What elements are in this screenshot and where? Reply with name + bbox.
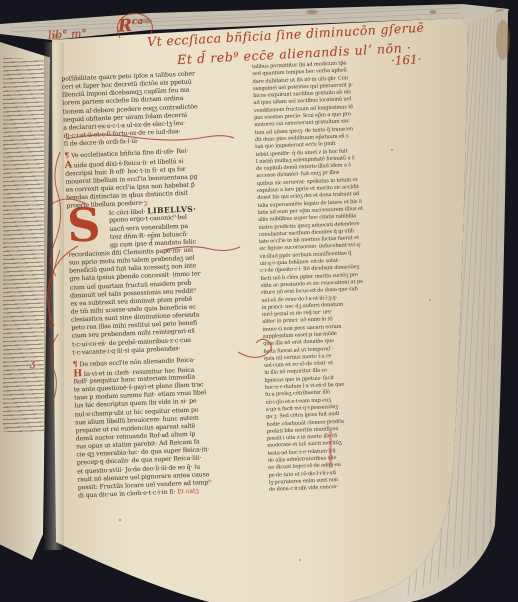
rubricated-sigla: Rca xyxy=(117,15,143,36)
fore-edge-stain xyxy=(496,20,510,60)
library-shelfmark: lib° m° xyxy=(48,27,88,42)
sigla-superscript: ca xyxy=(132,17,144,28)
red-text: Et catʒ xyxy=(177,488,199,496)
facing-page-text-texture xyxy=(3,58,44,432)
sigla-letter: R xyxy=(117,16,132,37)
paragraph-mark-icon: ¶ xyxy=(73,359,78,368)
manuscript-photo: { "colors": { "rubric_red": "#b0402b", "… xyxy=(0,0,518,602)
spine-red-mark: ʒ xyxy=(29,358,36,370)
left-column: poſſibilitate quare peto ipſos a talibus… xyxy=(61,68,265,500)
paragraph-mark-icon: ¶ xyxy=(64,151,69,160)
text-block: poſſibilitate quare peto ipſos a talibus… xyxy=(56,54,474,520)
right-column: talibus permittitur ibi ad modicum tp̄as… xyxy=(252,60,370,494)
facing-page-edge xyxy=(0,42,50,560)
margin-red-bar xyxy=(329,430,332,468)
red-text: ʒ· xyxy=(144,199,150,206)
rubricated-initial: S xyxy=(67,209,110,244)
